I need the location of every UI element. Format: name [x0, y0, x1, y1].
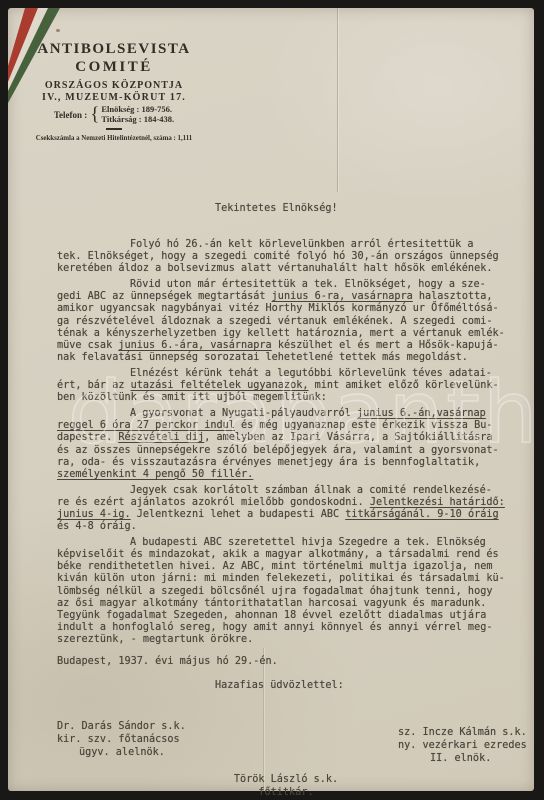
letter-line: személyenkint 4 pengő 50 fillér. — [57, 469, 523, 481]
signer-name: Dr. Darás Sándor s.k. — [57, 720, 186, 733]
text-segment: müve csak — [57, 340, 118, 351]
text-segment: halasztotta, — [413, 291, 493, 302]
letter-line: az ősi magyar alkotmány tántorithatatlan… — [57, 598, 523, 610]
signer-role: II. elnök. — [398, 752, 527, 765]
signer-title: kir. szv. főtanácsos — [57, 733, 186, 746]
letter-line: Tegyünk fogadalmat Szegeden, ahonnan 18 … — [57, 610, 523, 622]
text-segment: dapestre. — [57, 432, 118, 443]
letter-line: ténak a kényszerhelyzetben igy kellett h… — [57, 328, 523, 340]
paragraph: Jegyek csak korlátolt számban állnak a c… — [57, 485, 523, 533]
text-segment: gedi ABC az ünnepségek megtartását — [57, 291, 272, 302]
paragraph: Folyó hó 26.-án kelt körlevelünkben arró… — [57, 239, 523, 275]
letter-line: amikor ugyancsak nagybányai vitéz Horthy… — [57, 303, 523, 315]
text-segment: keretében áldoz a bolsevizmus alatt vért… — [57, 263, 492, 274]
text-segment: ra, oda- és visszautazásra érvényes mene… — [57, 457, 480, 468]
phone-line-secretariat: Titkárság : 184-438. — [101, 115, 174, 125]
text-segment: nak felavatási ünnepség sorozatai lehete… — [57, 352, 468, 363]
underlined-text: Jelentkezési határidő: — [370, 497, 505, 508]
org-name-line2: COMITÉ — [16, 59, 212, 76]
letter-paper: ANTIBOLSEVISTA COMITÉ ORSZÁGOS KÖZPONTJA… — [8, 8, 534, 791]
org-address: IV., MUZEUM-KÖRUT 17. — [16, 92, 212, 103]
underlined-text: Részvételi dij — [118, 432, 204, 443]
text-segment: képviselőit és mindazokat, akik a magyar… — [57, 549, 499, 560]
text-segment: Elnézést kérünk tehát a legutóbbi körlev… — [130, 368, 492, 379]
text-segment: Rövid uton már értesitettük a tek. Elnök… — [130, 279, 486, 290]
text-segment: ben közöltünk és amit itt ujból megemlit… — [57, 392, 327, 403]
text-segment: és 4-8 óráig. — [57, 521, 137, 532]
letter-line: kiván külön uton járni: mi minden feleke… — [57, 573, 523, 585]
underlined-text: személyenkint 4 pengő 50 fillér. — [57, 469, 253, 480]
text-segment: tek. Elnökséget, hogy a szegedi comité f… — [57, 251, 499, 262]
letter-line: ért, bár az utazási feltételek ugyanazok… — [57, 380, 523, 392]
text-segment: és az összes ünnepségekre szóló belépője… — [57, 445, 499, 456]
letter-line: keretében áldoz a bolsevizmus alatt vért… — [57, 263, 523, 275]
signer-name: Török László s.k. — [224, 773, 348, 786]
text-segment: re és ezért ajánlatos azokról mielőbb go… — [57, 497, 370, 508]
letter-line: tek. Elnökséget, hogy a szegedi comité f… — [57, 251, 523, 263]
signer-role: főtitkár. — [224, 786, 348, 799]
underlined-text: junius 6.-án,vasárnap — [357, 408, 486, 419]
letter-line: indult a honfoglaló sereg, hogy amit ann… — [57, 622, 523, 634]
phone-label: Telefon : — [54, 110, 87, 120]
letter-body: Folyó hó 26.-án kelt körlevelünkben arró… — [57, 239, 523, 650]
letter-line: dapestre. Részvételi dij, amelyben az Ip… — [57, 432, 523, 444]
text-segment: Jegyek csak korlátolt számban állnak a c… — [130, 485, 492, 496]
letter-line: és 4-8 óráig. — [57, 521, 523, 533]
org-subtitle: ORSZÁGOS KÖZPONTJA — [16, 80, 212, 91]
letterhead: ANTIBOLSEVISTA COMITÉ ORSZÁGOS KÖZPONTJA… — [16, 41, 212, 142]
letter-line: Folyó hó 26.-án kelt körlevelünkben arró… — [57, 239, 523, 251]
bank-account-line: Csekkszámla a Nemzeti Hitelintézetnél, s… — [16, 135, 212, 142]
text-segment: A gyorsvonat a Nyugati-pályaudvarról — [130, 408, 357, 419]
text-segment: kiván külön uton járni: mi minden feleke… — [57, 573, 505, 584]
phone-block: Telefon : { Elnökség : 189-756. Titkársá… — [16, 105, 212, 125]
letter-line: re és ezért ajánlatos azokról mielőbb go… — [57, 497, 523, 509]
text-segment: A budapesti ABC szeretettel hivja Szeged… — [130, 537, 486, 548]
photo-black-background: { "letterhead": { "org_line1": "ANTIBOLS… — [0, 0, 544, 800]
letter-line: nak felavatási ünnepség sorozatai lehete… — [57, 352, 523, 364]
underlined-text: titkárságánál. 9-10 óráig — [345, 509, 498, 520]
underlined-text: reggel 6 óra 27 perckor indul — [57, 420, 235, 431]
fold-crease-top — [337, 8, 338, 192]
letter-line: lömbség nélkül a szegedi bölcsőnél ujra … — [57, 586, 523, 598]
letter-line: ben közöltünk és amit itt ujból megemlit… — [57, 392, 523, 404]
text-segment: indult a honfoglaló sereg, hogy amit ann… — [57, 622, 492, 633]
letter-line: reggel 6 óra 27 perckor indul és még ugy… — [57, 420, 523, 432]
signature-block-left: Dr. Darás Sándor s.k. kir. szv. főtanács… — [57, 720, 186, 759]
letter-line: és az összes ünnepségekre szóló belépője… — [57, 445, 523, 457]
letterhead-rule — [106, 128, 122, 130]
text-segment: ga részvételével áldoznak a szegedi vért… — [57, 316, 492, 327]
signature-block-right: sz. Incze Kálmán s.k. ny. vezérkari ezre… — [398, 726, 527, 765]
signer-title: ny. vezérkari ezredes — [398, 739, 527, 752]
letter-line: junius 4-ig. Jelentkezni lehet a budapes… — [57, 509, 523, 521]
paragraph: A budapesti ABC szeretettel hivja Szeged… — [57, 537, 523, 646]
signature-block-center: Török László s.k. főtitkár. — [224, 773, 348, 799]
paragraph: A gyorsvonat a Nyugati-pályaudvarról jun… — [57, 408, 523, 481]
letter-line: A budapesti ABC szeretettel hivja Szeged… — [57, 537, 523, 549]
text-segment: mint amiket előző körlevelünk- — [308, 380, 498, 391]
text-segment: , amelyben az Ipari Vásárra, a Sajtókiál… — [204, 432, 492, 443]
text-segment: Folyó hó 26.-án kelt körlevelünkben arró… — [130, 239, 473, 250]
text-segment: az ősi magyar alkotmány tántorithatatlan… — [57, 598, 486, 609]
text-segment: ért, bár az — [57, 380, 131, 391]
text-segment: Jelentkezni lehet a budapesti ABC — [131, 509, 346, 520]
letter-line: képviselőit és mindazokat, akik a magyar… — [57, 549, 523, 561]
paragraph: Rövid uton már értesitettük a tek. Elnök… — [57, 279, 523, 364]
underlined-text: utazási feltételek ugyanazok, — [131, 380, 309, 391]
text-segment: béke rendithetetlen hivei. Az ABC, mint … — [57, 561, 492, 572]
letter-line: Jegyek csak korlátolt számban állnak a c… — [57, 485, 523, 497]
letter-line: müve csak junius 6.-ára, vasárnapra kész… — [57, 340, 523, 352]
letter-line: béke rendithetetlen hivei. Az ABC, mint … — [57, 561, 523, 573]
signer-role: ügyv. alelnök. — [57, 746, 186, 759]
text-segment: Tegyünk fogadalmat Szegeden, ahonnan 18 … — [57, 610, 486, 621]
org-name-line1: ANTIBOLSEVISTA — [16, 41, 212, 58]
paper-stain — [56, 29, 60, 32]
text-segment: lömbség nélkül a szegedi bölcsőnél ujra … — [57, 586, 492, 597]
brace-glyph: { — [90, 105, 99, 124]
fold-crease-bottom — [263, 648, 264, 791]
letter-line: ga részvételével áldoznak a szegedi vért… — [57, 316, 523, 328]
letter-line: Rövid uton már értesitettük a tek. Elnök… — [57, 279, 523, 291]
letter-line: ra, oda- és visszautazásra érvényes mene… — [57, 457, 523, 469]
underlined-text: junius 6-ra, vasárnapra — [272, 291, 413, 302]
paragraph: Elnézést kérünk tehát a legutóbbi körlev… — [57, 368, 523, 404]
text-segment: és még ugyanaznap este érkezik vissza Bu… — [235, 420, 493, 431]
signer-name: sz. Incze Kálmán s.k. — [398, 726, 527, 739]
salutation: Tekintetes Elnökség! — [215, 203, 338, 214]
underlined-text: junius 6.-ára, vasárnapra — [118, 340, 271, 351]
underlined-text: junius 4-ig. — [57, 509, 131, 520]
text-segment: amikor ugyancsak nagybányai vitéz Horthy… — [57, 303, 499, 314]
letter-line: gedi ABC az ünnepségek megtartását juniu… — [57, 291, 523, 303]
letter-line: szereztünk, - megtartunk örökre. — [57, 634, 523, 646]
text-segment: készülhet el és mert a Hősök-kapujá- — [272, 340, 499, 351]
letter-line: A gyorsvonat a Nyugati-pályaudvarról jun… — [57, 408, 523, 420]
closing-phrase: Hazafias üdvözlettel: — [215, 680, 344, 691]
date-line: Budapest, 1937. évi május hó 29.-én. — [57, 656, 278, 667]
text-segment: szereztünk, - megtartunk örökre. — [57, 634, 253, 645]
letter-line: Elnézést kérünk tehát a legutóbbi körlev… — [57, 368, 523, 380]
text-segment: ténak a kényszerhelyzetben igy kellett h… — [57, 328, 505, 339]
